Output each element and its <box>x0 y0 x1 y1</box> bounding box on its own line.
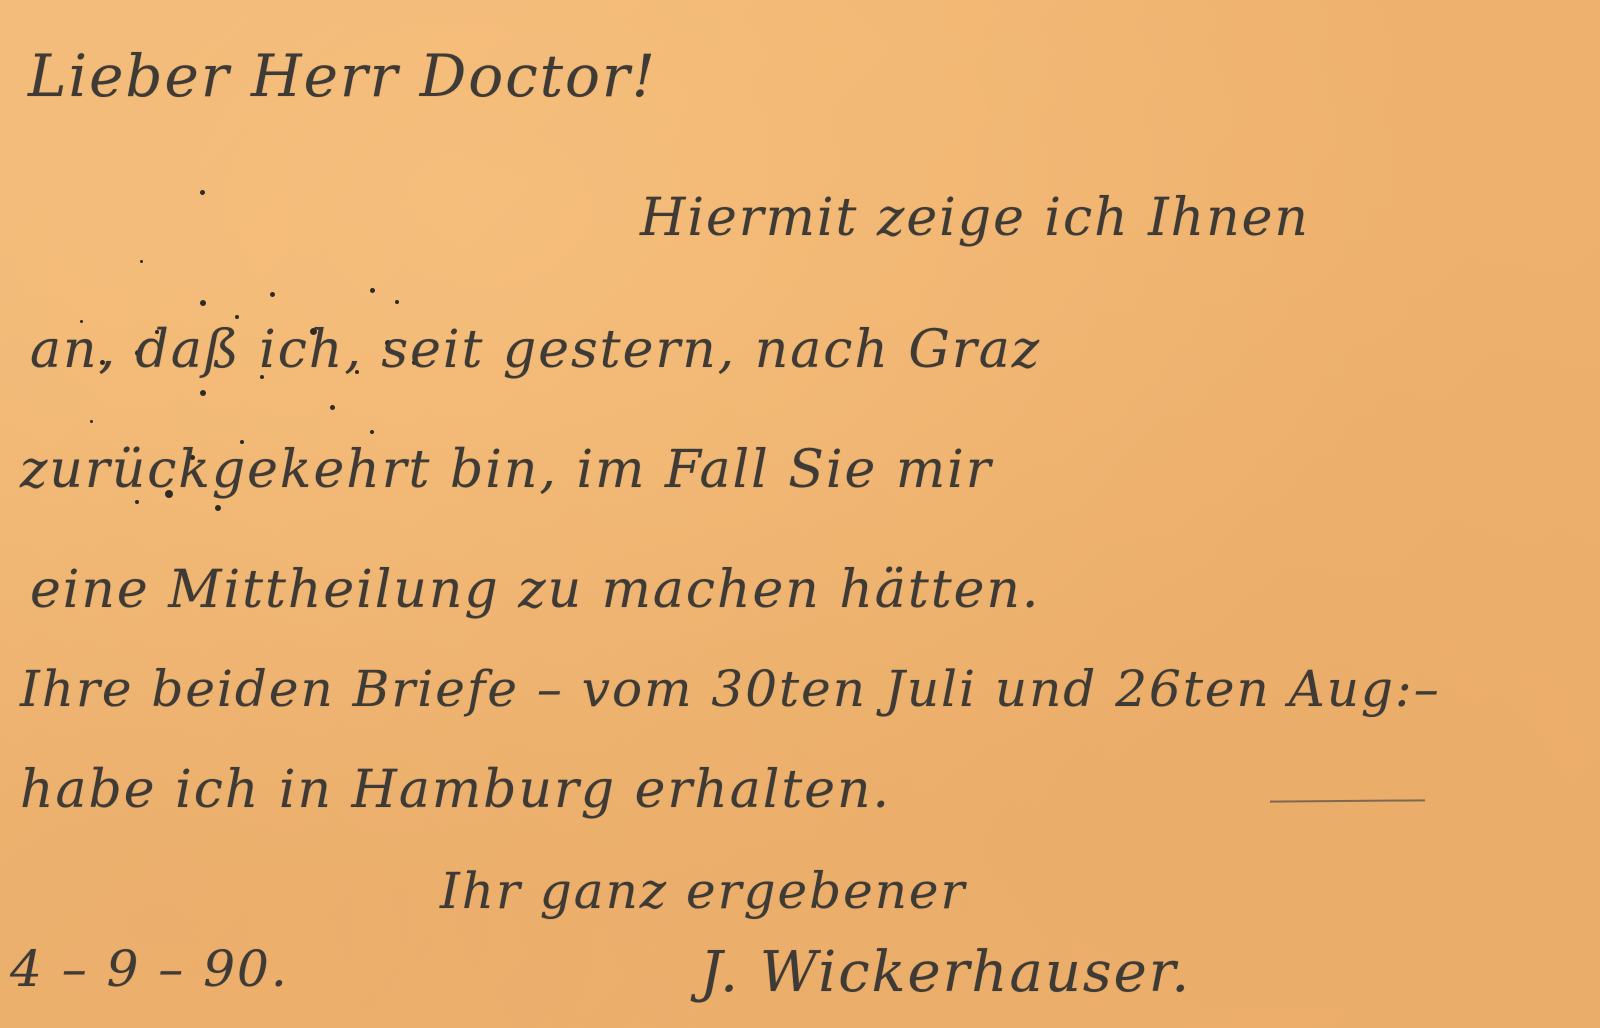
signature: J. Wickerhauser. <box>700 940 1191 1005</box>
letter-line: Ihre beiden Briefe – vom 30ten Juli und … <box>20 660 1441 718</box>
letter-line: zurückgekehrt bin, im Fall Sie mir <box>20 440 993 500</box>
date: 4 – 9 – 90. <box>10 940 289 998</box>
letter-line: habe ich in Hamburg erhalten. <box>20 760 891 820</box>
closing: Ihr ganz ergebener <box>440 862 966 920</box>
salutation: Lieber Herr Doctor! <box>28 42 657 110</box>
letter-line: Hiermit zeige ich Ihnen <box>640 188 1310 248</box>
postcard: Lieber Herr Doctor! Hiermit zeige ich Ih… <box>0 0 1600 1028</box>
closing-flourish-line <box>1270 799 1425 802</box>
letter-line: an, daß ich, seit gestern, nach Graz <box>30 320 1041 380</box>
letter-line: eine Mittheilung zu machen hätten. <box>30 560 1040 620</box>
